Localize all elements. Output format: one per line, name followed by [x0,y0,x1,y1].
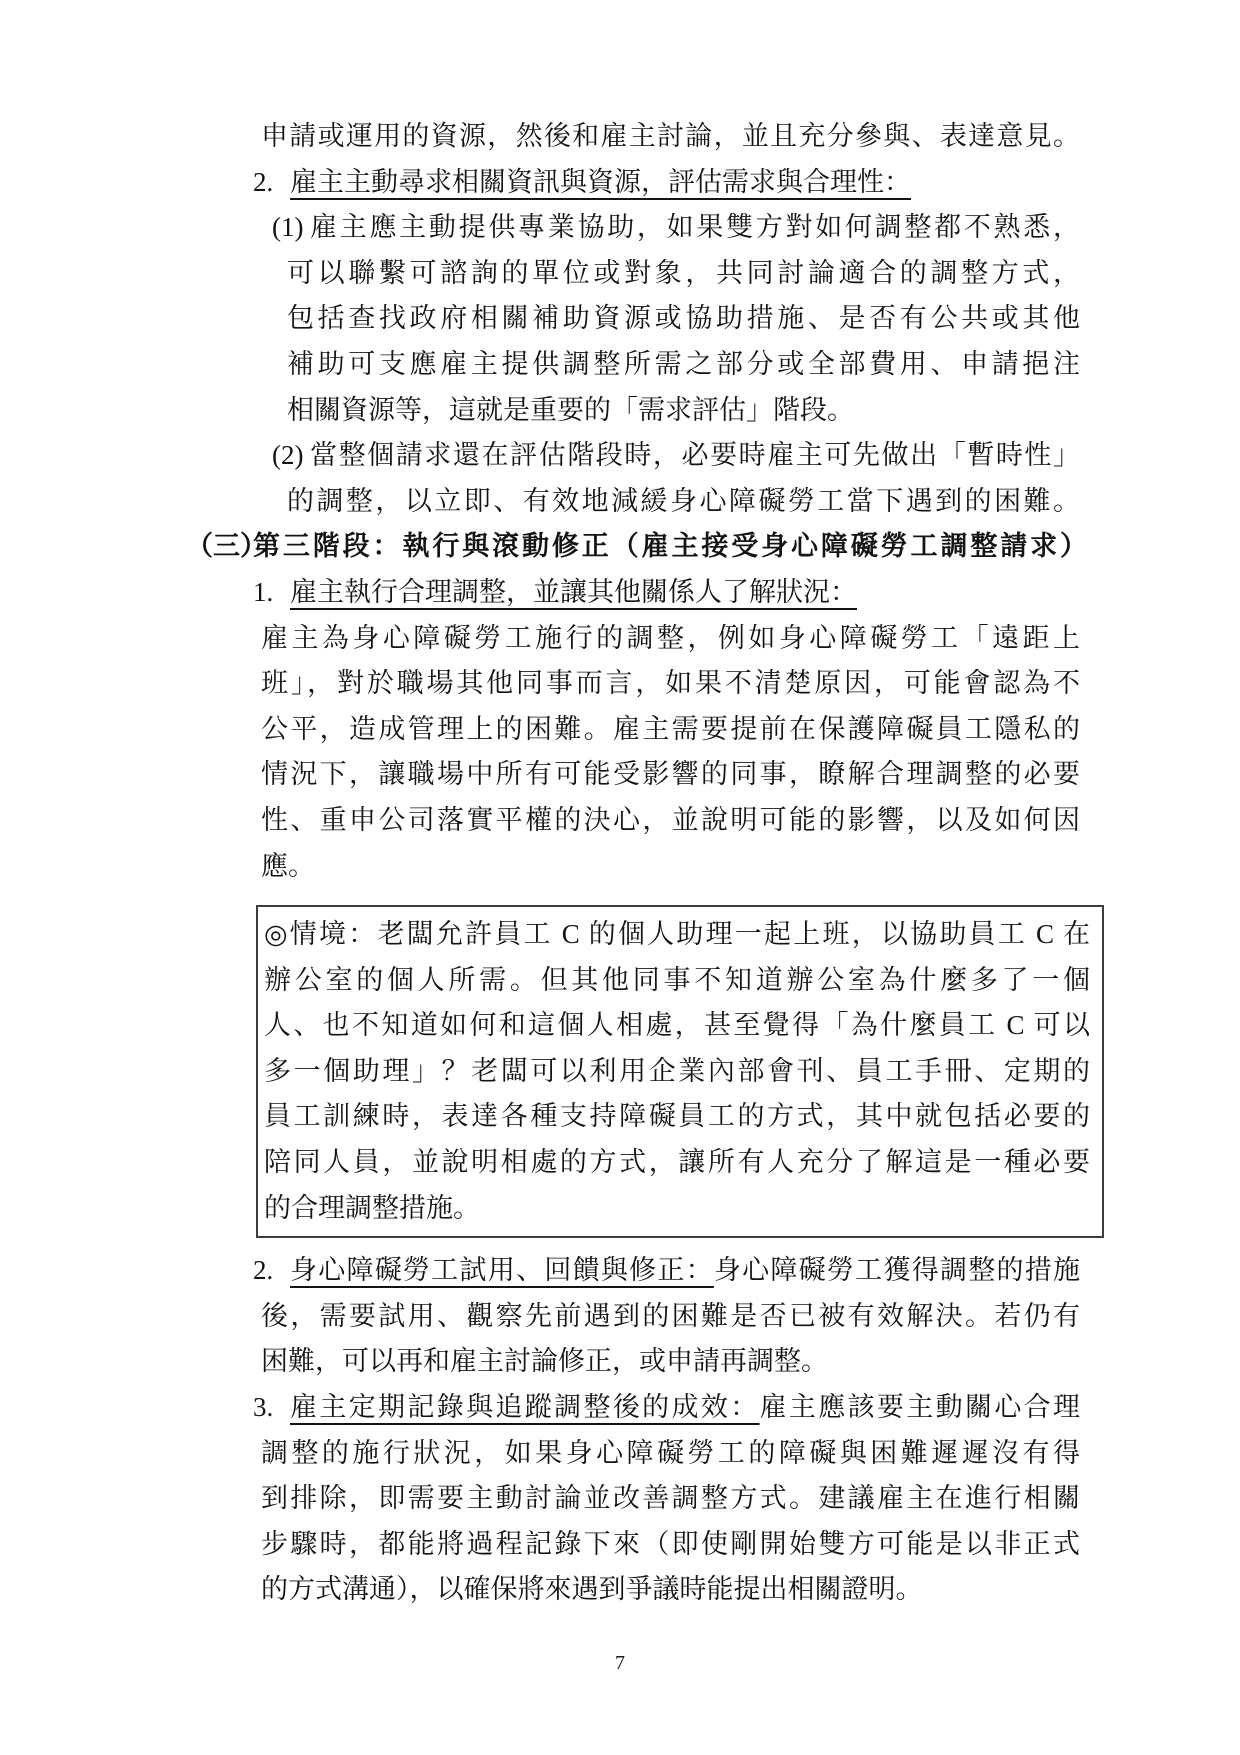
text-line: 後，需要試用、觀察先前遇到的困難是否已被有效解決。若仍有 [261,1294,1080,1340]
text-line: 補助可支應雇主提供調整所需之部分或全部費用、申請挹注 [287,342,1080,388]
underlined-heading: 雇主執行合理調整，並讓其他關係人了解狀況： [290,577,857,607]
list-item-line: (2) 當整個請求還在評估階段時，必要時雇主可先做出「暫時性」 [272,433,1240,479]
page-number: 7 [0,1652,1240,1675]
list-marker: 1. [253,570,290,616]
underlined-heading: 身心障礙勞工試用、回饋與修正： [290,1255,714,1285]
list-marker: (2) [272,433,310,479]
text-line: 申請或運用的資源，然後和雇主討論，並且充分參與、表達意見。 [261,114,1080,160]
list-item-line: 2. 身心障礙勞工試用、回饋與修正：身心障礙勞工獲得調整的措施 [253,1248,1240,1294]
text-line: 到排除，即需要主動討論並改善調整方式。建議雇主在進行相關 [261,1476,1080,1522]
text-line: 步驟時，都能將過程記錄下來（即使剛開始雙方可能是以非正式 [261,1522,1080,1568]
text-line: 身心障礙勞工獲得調整的措施 [714,1255,1080,1285]
list-marker: 2. [253,1248,290,1294]
list-marker: (1) [272,205,310,251]
text-line: 雇主應主動提供專業協助，如果雙方對如何調整都不熟悉， [310,205,1080,251]
list-item-line: 2. 雇主主動尋求相關資訊與資源，評估需求與合理性： [253,160,1240,206]
list-item-line: (1) 雇主應主動提供專業協助，如果雙方對如何調整都不熟悉， [272,205,1240,251]
underlined-heading: 雇主主動尋求相關資訊與資源，評估需求與合理性： [290,167,911,197]
list-marker: 2. [253,160,290,206]
box-line: 多一個助理」？老闆可以利用企業內部會刊、員工手冊、定期的 [264,1049,1090,1095]
scenario-box: ◎情境：老闆允許員工 C 的個人助理一起上班，以協助員工 C 在 辦公室的個人所… [256,905,1104,1238]
box-line: 人、也不知道如何和這個人相處，甚至覺得「為什麼員工 C 可以 [264,1003,1090,1049]
text-line: 雇主應該要主動關心合理 [760,1392,1080,1422]
text-line: 的方式溝通），以確保將來遇到爭議時能提出相關證明。 [261,1567,1080,1613]
underlined-heading: 雇主定期記錄與追蹤調整後的成效： [290,1392,760,1422]
box-line: 辦公室的個人所需。但其他同事不知道辦公室為什麼多了一個 [264,958,1090,1004]
section-heading: 第三階段：執行與滾動修正（雇主接受身心障礙勞工調整請求） [253,524,1087,570]
text-line: 性、重申公司落實平權的決心，並說明可能的影響，以及如何因 [261,798,1080,844]
text-line: 公平，造成管理上的困難。雇主需要提前在保護障礙員工隱私的 [261,707,1080,753]
list-item-line: 3. 雇主定期記錄與追蹤調整後的成效：雇主應該要主動關心合理 [253,1385,1240,1431]
list-marker: 3. [253,1385,290,1431]
text-line: 相關資源等，這就是重要的「需求評估」階段。 [287,388,1080,434]
text-line: 調整的施行狀況，如果身心障礙勞工的障礙與困難遲遲沒有得 [261,1431,1080,1477]
text-line: 班」，對於職場其他同事而言，如果不清楚原因，可能會認為不 [261,661,1080,707]
section-heading-line: （三） 第三階段：執行與滾動修正（雇主接受身心障礙勞工調整請求） [186,524,1240,570]
box-line: 陪同人員，並說明相處的方式，讓所有人充分了解這是一種必要 [264,1140,1090,1186]
box-line: ◎情境：老闆允許員工 C 的個人助理一起上班，以協助員工 C 在 [264,912,1090,958]
section-marker: （三） [186,524,253,570]
text-line: 雇主為身心障礙勞工施行的調整，例如身心障礙勞工「遠距上 [261,616,1080,662]
text-line: 的調整，以立即、有效地減緩身心障礙勞工當下遇到的困難。 [287,479,1080,525]
text-line: 情況下，讓職場中所有可能受影響的同事，瞭解合理調整的必要 [261,752,1080,798]
text-line: 包括查找政府相關補助資源或協助措施、是否有公共或其他 [287,296,1080,342]
text-line: 困難，可以再和雇主討論修正，或申請再調整。 [261,1339,1080,1385]
box-line: 員工訓練時，表達各種支持障礙員工的方式，其中就包括必要的 [264,1094,1090,1140]
text-line: 應。 [261,844,1080,890]
text-line: 當整個請求還在評估階段時，必要時雇主可先做出「暫時性」 [310,433,1080,479]
list-item-line: 1. 雇主執行合理調整，並讓其他關係人了解狀況： [253,570,1240,616]
box-line: 的合理調整措施。 [264,1186,1090,1232]
document-page: 申請或運用的資源，然後和雇主討論，並且充分參與、表達意見。 2. 雇主主動尋求相… [0,0,1240,1755]
text-line: 可以聯繫可諮詢的單位或對象，共同討論適合的調整方式， [287,251,1080,297]
